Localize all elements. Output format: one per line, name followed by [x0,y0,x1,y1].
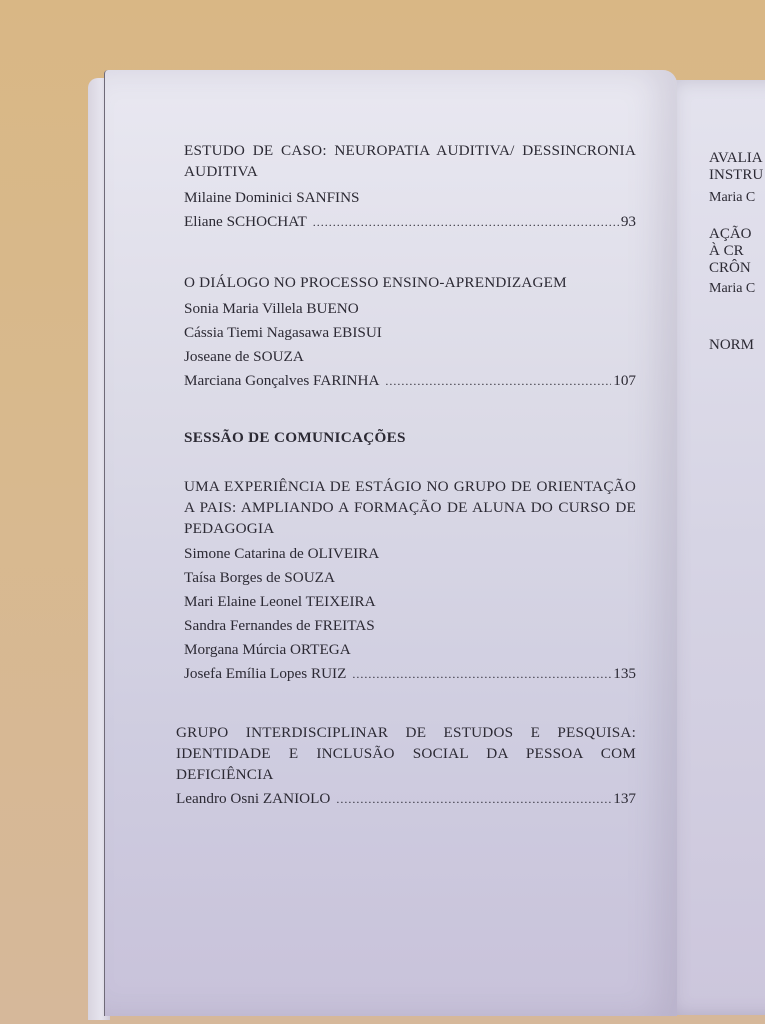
right-fragment: INSTRU [709,167,765,184]
toc-entry: O DIÁLOGO NO PROCESSO ENSINO-APRENDIZAGE… [184,272,636,393]
right-fragment: Maria C [709,190,765,206]
entry-title: GRUPO INTERDISCIPLINAR DE ESTUDOS E PESQ… [176,722,636,785]
toc-entry: GRUPO INTERDISCIPLINAR DE ESTUDOS E PESQ… [176,722,636,811]
right-fragment: Maria C [709,281,765,297]
right-fragment: CRÔN [709,260,765,277]
entry-author: Mari Elaine Leonel TEIXEIRA [184,590,636,614]
entry-author: Eliane SCHOCHAT [184,210,307,234]
entry-author: Simone Catarina de OLIVEIRA [184,542,636,566]
right-page-text: AVALIA INSTRU Maria C AÇÃO À CR CRÔN Mar… [709,150,765,354]
toc-entry: UMA EXPERIÊNCIA DE ESTÁGIO NO GRUPO DE O… [184,476,636,686]
entry-author-row: Josefa Emília Lopes RUIZ 135 [184,662,636,686]
entry-author-row: Leandro Osni ZANIOLO 137 [176,787,636,811]
entry-author: Marciana Gonçalves FARINHA [184,369,379,393]
page-number: 137 [613,787,636,811]
right-fragment: À CR [709,243,765,260]
section-heading: SESSÃO DE COMUNICAÇÕES [184,427,636,448]
entry-author: Cássia Tiemi Nagasawa EBISUI [184,321,636,345]
table-of-contents: ESTUDO DE CASO: NEUROPATIA AUDITIVA/ DES… [184,140,636,811]
right-fragment: NORM [709,337,765,354]
entry-title: ESTUDO DE CASO: NEUROPATIA AUDITIVA/ DES… [184,140,636,182]
dot-leader [313,210,619,234]
entry-author-row: Marciana Gonçalves FARINHA 107 [184,369,636,393]
entry-author-row: Eliane SCHOCHAT 93 [184,210,636,234]
page-number: 135 [613,662,636,686]
right-fragment: AÇÃO [709,226,765,243]
toc-entry: ESTUDO DE CASO: NEUROPATIA AUDITIVA/ DES… [184,140,636,234]
entry-author: Sonia Maria Villela BUENO [184,297,636,321]
page-number: 93 [621,210,636,234]
entry-author: Sandra Fernandes de FREITAS [184,614,636,638]
entry-author: Milaine Dominici SANFINS [184,186,636,210]
right-fragment: AVALIA [709,150,765,167]
entry-title: O DIÁLOGO NO PROCESSO ENSINO-APRENDIZAGE… [184,272,636,293]
entry-title: UMA EXPERIÊNCIA DE ESTÁGIO NO GRUPO DE O… [184,476,636,539]
entry-author: Morgana Múrcia ORTEGA [184,638,636,662]
page-number: 107 [613,369,636,393]
entry-author: Josefa Emília Lopes RUIZ [184,662,346,686]
dot-leader [385,369,611,393]
entry-author: Joseane de SOUZA [184,345,636,369]
dot-leader [352,662,611,686]
dot-leader [336,787,611,811]
entry-author: Taísa Borges de SOUZA [184,566,636,590]
entry-author: Leandro Osni ZANIOLO [176,787,330,811]
